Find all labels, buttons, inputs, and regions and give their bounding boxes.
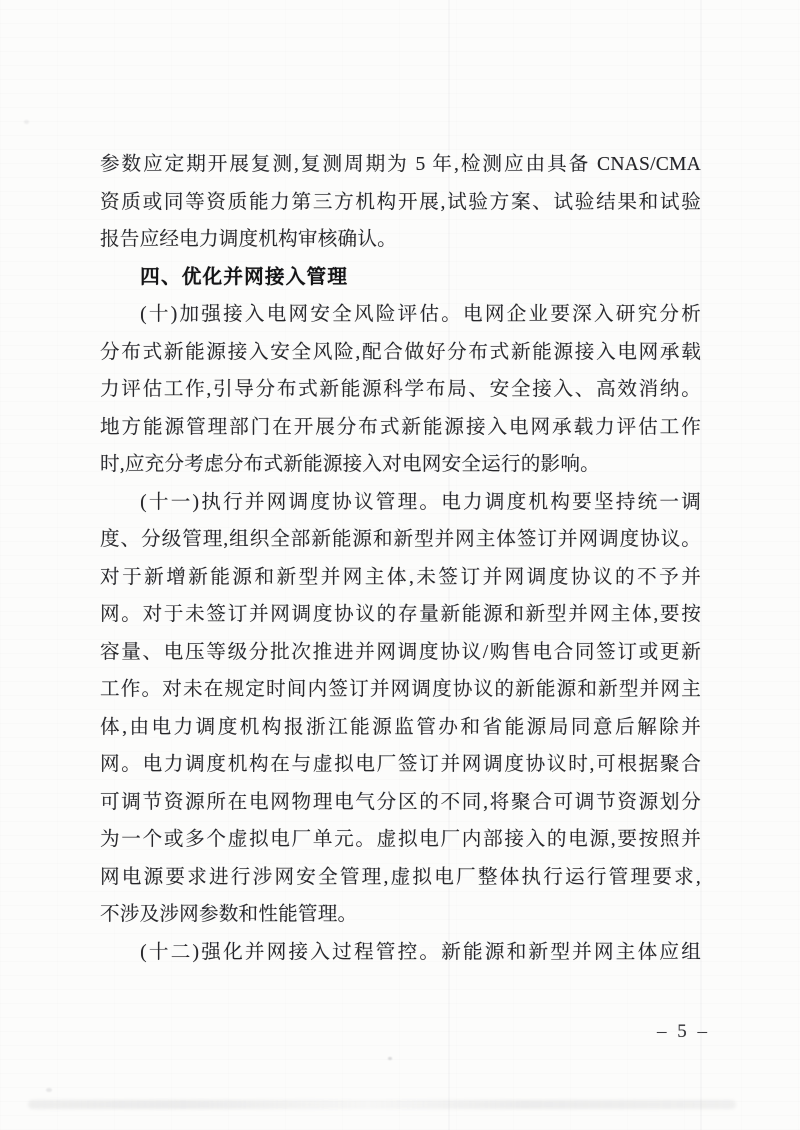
text-line: 工作。对未在规定时间内签订并网调度协议的新能源和新型并网主 [100,671,701,709]
text-line: 容量、电压等级分批次推进并网调度协议/购售电合同签订或更新 [100,634,701,672]
document-body: 参数应定期开展复测,复测周期为 5 年,检测应由具备 CNAS/CMA 资质或同… [100,146,701,971]
text-line: 体,由电力调度机构报浙江能源监管办和省能源局同意后解除并 [100,709,701,747]
text-line: 分布式新能源接入安全风险,配合做好分布式新能源接入电网承载 [100,334,701,372]
text-line: 度、分级管理,组织全部新能源和新型并网主体签订并网调度协议。 [100,521,701,559]
document-page: 参数应定期开展复测,复测周期为 5 年,检测应由具备 CNAS/CMA 资质或同… [0,0,800,1130]
text-line: 对于新增新能源和新型并网主体,未签订并网调度协议的不予并 [100,559,701,597]
text-line: 可调节资源所在电网物理电气分区的不同,将聚合可调节资源划分 [100,784,701,822]
page-number: – 5 – [657,1020,710,1044]
text-line: 力评估工作,引导分布式新能源科学布局、安全接入、高效消纳。 [100,371,701,409]
text-line: 网。电力调度机构在与虚拟电厂签订并网调度协议时,可根据聚合 [100,746,701,784]
scan-speck [24,120,29,124]
text-line: 时,应充分考虑分布式新能源接入对电网安全运行的影响。 [100,446,701,484]
text-line: 参数应定期开展复测,复测周期为 5 年,检测应由具备 CNAS/CMA [100,146,701,184]
text-line: 地方能源管理部门在开展分布式新能源接入电网承载力评估工作 [100,409,701,447]
text-line: 网电源要求进行涉网安全管理,虚拟电厂整体执行运行管理要求, [100,859,701,897]
scan-smudge [28,1100,736,1109]
text-line: 网。对于未签订并网调度协议的存量新能源和新型并网主体,要按 [100,596,701,634]
scan-speck [388,1057,392,1060]
text-line: (十)加强接入电网安全风险评估。电网企业要深入研究分析 [100,296,701,334]
scan-speck [46,1088,52,1092]
section-heading: 四、优化并网接入管理 [100,259,701,297]
text-line: 资质或同等资质能力第三方机构开展,试验方案、试验结果和试验 [100,184,701,222]
text-line: (十二)强化并网接入过程管控。新能源和新型并网主体应组 [100,934,701,972]
text-line: 报告应经电力调度机构审核确认。 [100,221,701,259]
text-line: 为一个或多个虚拟电厂单元。虚拟电厂内部接入的电源,要按照并 [100,821,701,859]
text-line: (十一)执行并网调度协议管理。电力调度机构要坚持统一调 [100,484,701,522]
text-line: 不涉及涉网参数和性能管理。 [100,896,701,934]
